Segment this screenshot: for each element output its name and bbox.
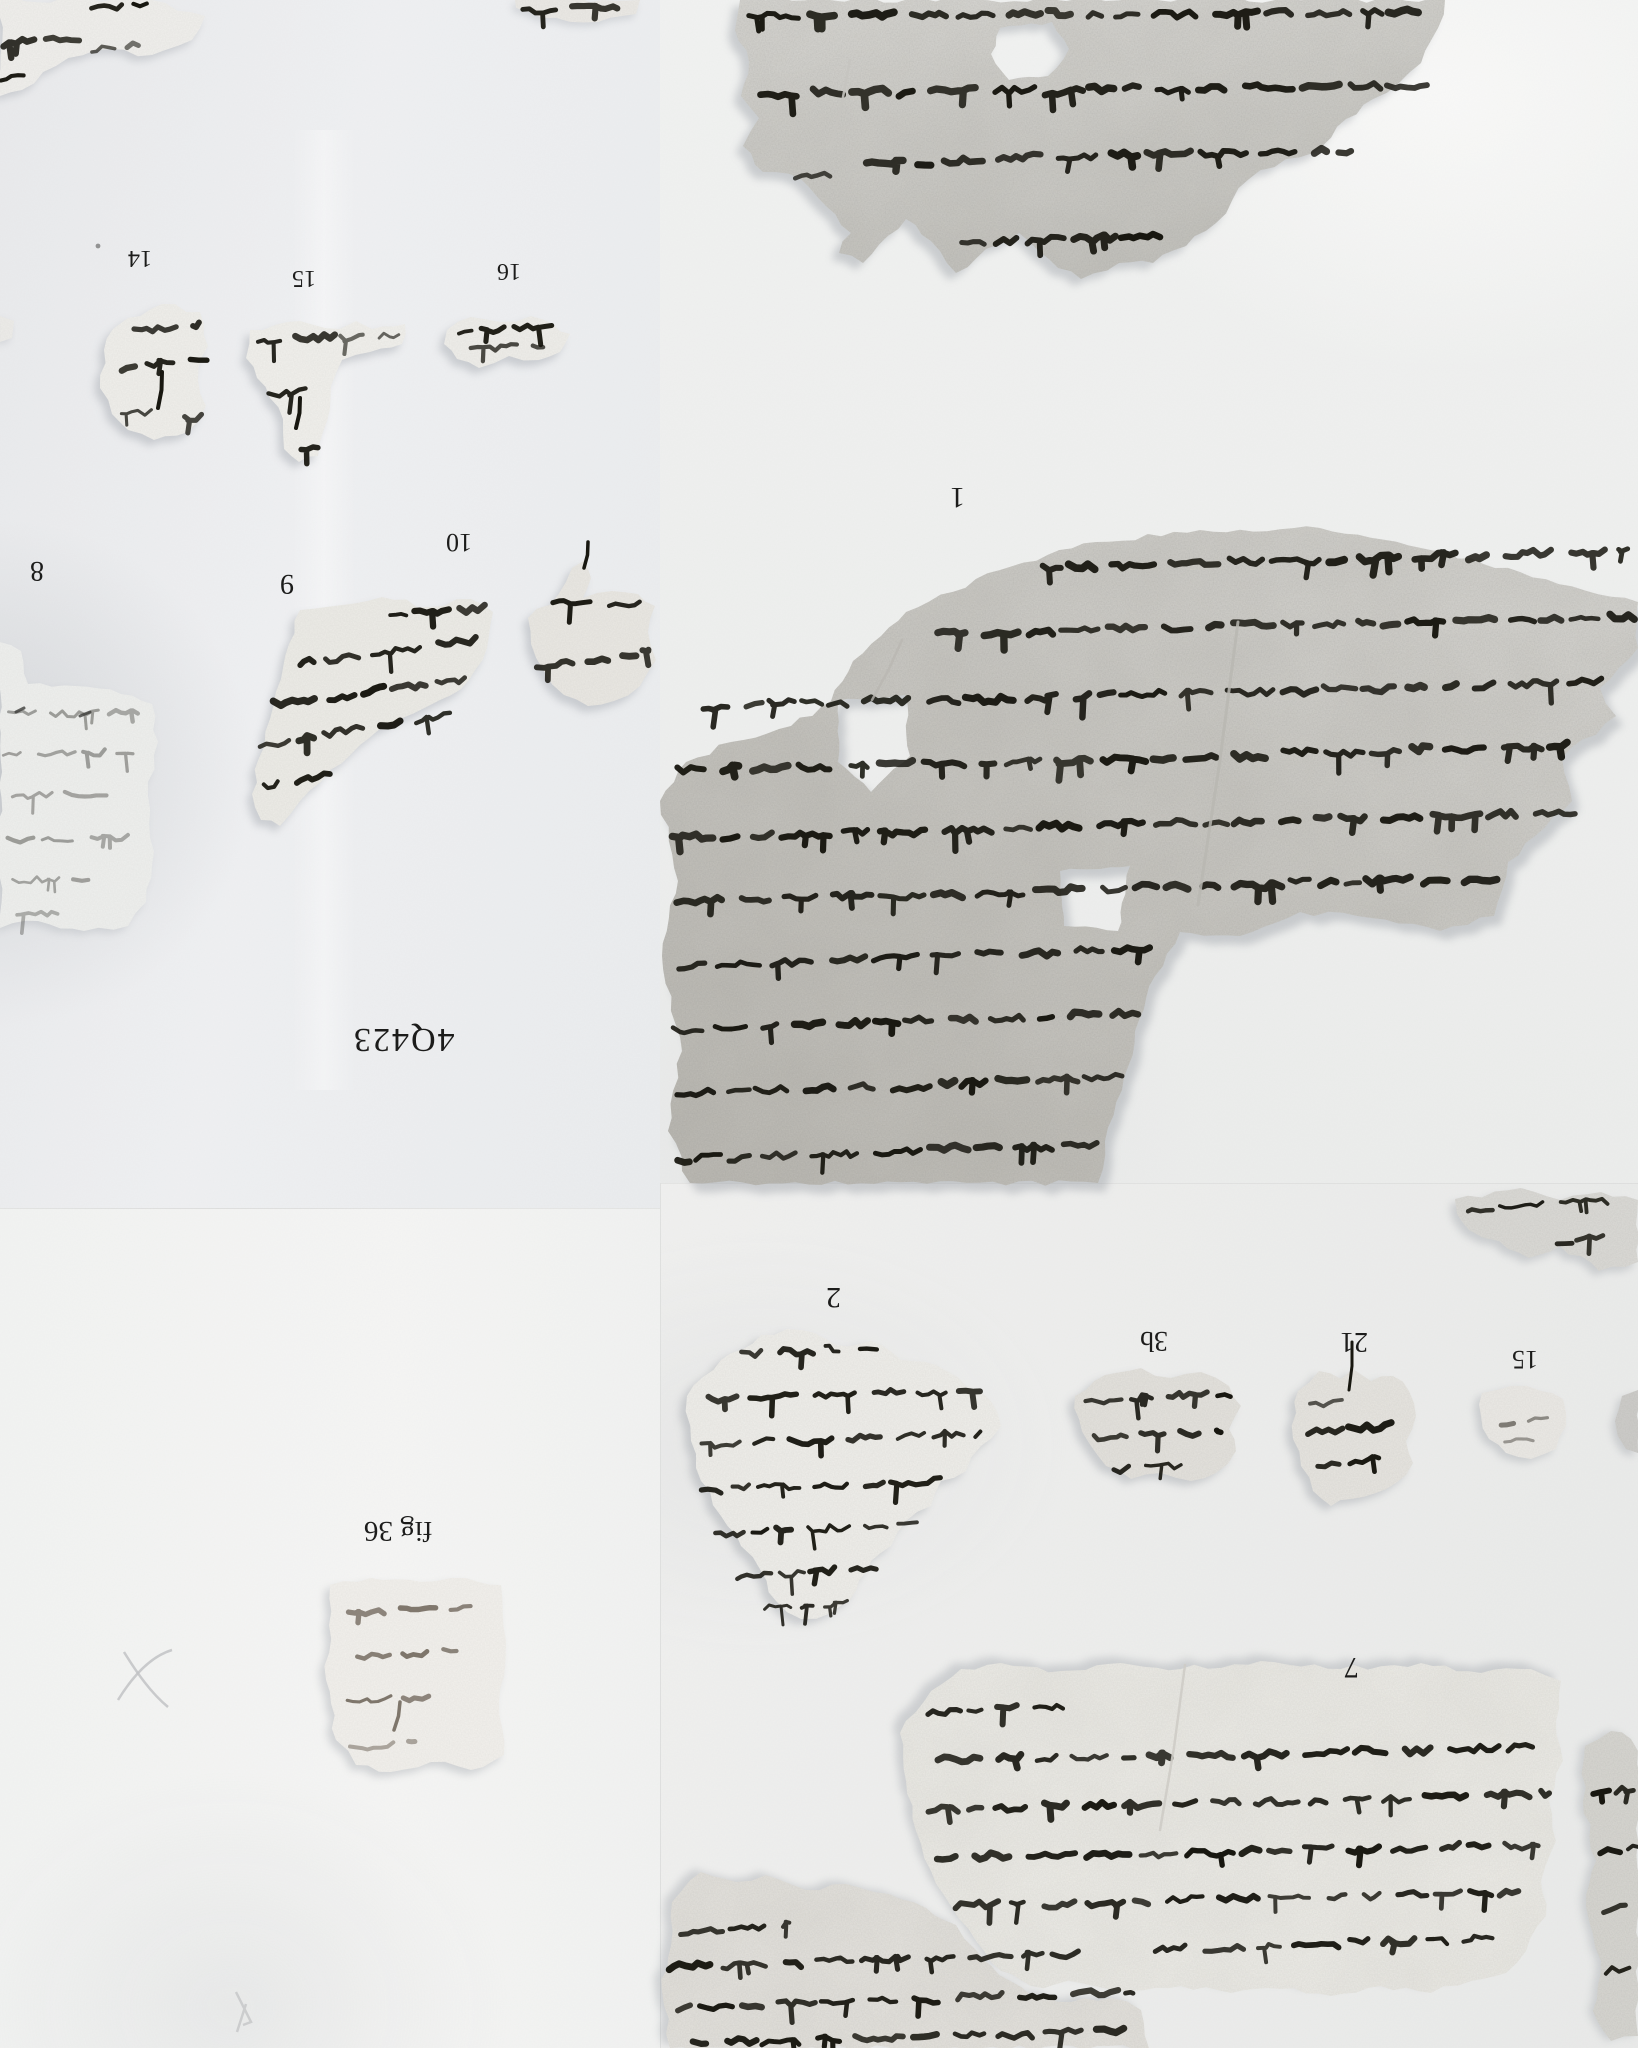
plate-photograph: 14 15 16 8 9 10 1 4Q423 2 3b 21 15 7 fig… — [0, 0, 1638, 2048]
fragment-label-15b: 15 — [1512, 1346, 1538, 1372]
fragment-label-21: 21 — [1340, 1327, 1368, 1355]
fragment-label-1: 1 — [950, 482, 965, 512]
fragment-label-16: 16 — [497, 259, 521, 283]
fragment-label-14: 14 — [128, 246, 152, 270]
fragments-layer — [0, 0, 1638, 2048]
fragment-label-7: 7 — [1344, 1652, 1359, 1682]
fragment-label-3b: 3b — [1140, 1326, 1168, 1354]
photo-grain — [0, 0, 1638, 2048]
fragment-label-8: 8 — [30, 556, 44, 584]
manuscript-id-label: 4Q423 — [352, 1022, 455, 1056]
fragment-label-15: 15 — [292, 266, 316, 290]
fragment-label-10: 10 — [446, 529, 472, 555]
figure-number-label: fig 36 — [364, 1516, 432, 1545]
fragment-label-9: 9 — [280, 569, 294, 597]
fragment-label-2: 2 — [826, 1282, 841, 1312]
